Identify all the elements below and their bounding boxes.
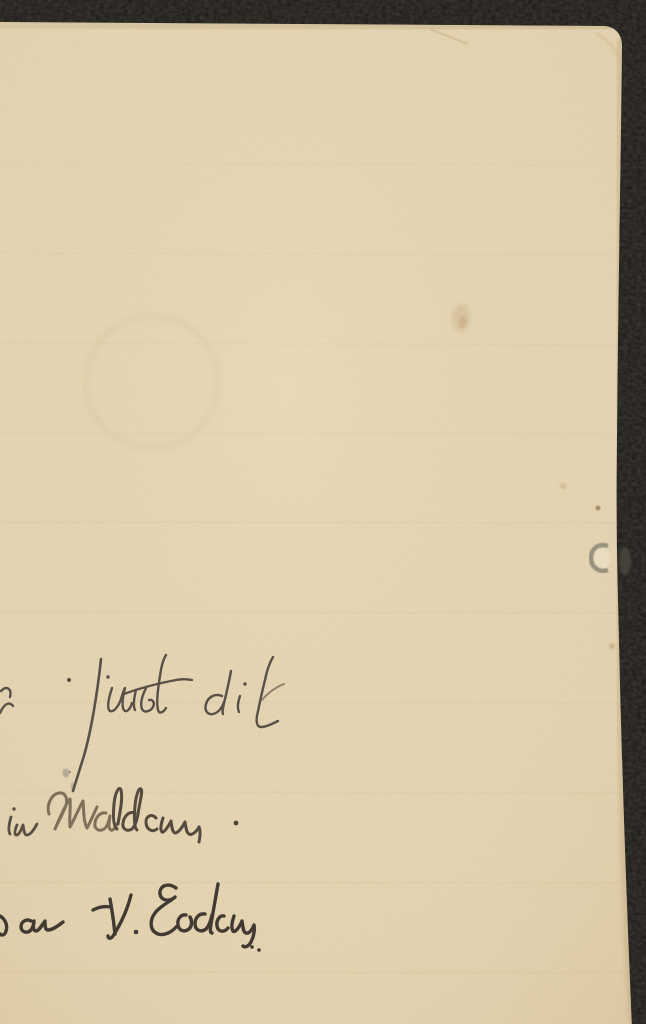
fox-spot [609, 643, 615, 649]
period [134, 930, 139, 935]
paper-sheet: juist dit in Walden . [0, 0, 646, 1024]
period [234, 821, 239, 826]
fox-spot [596, 506, 601, 511]
edge-notch [619, 547, 631, 575]
trailing-dot [250, 945, 254, 949]
scan-image: juist dit in Walden . [0, 0, 646, 1024]
trailing-dot [257, 948, 261, 952]
scanned-document: juist dit in Walden . [0, 0, 646, 1024]
fox-spot [560, 483, 566, 489]
paper-grain [0, 0, 646, 1024]
